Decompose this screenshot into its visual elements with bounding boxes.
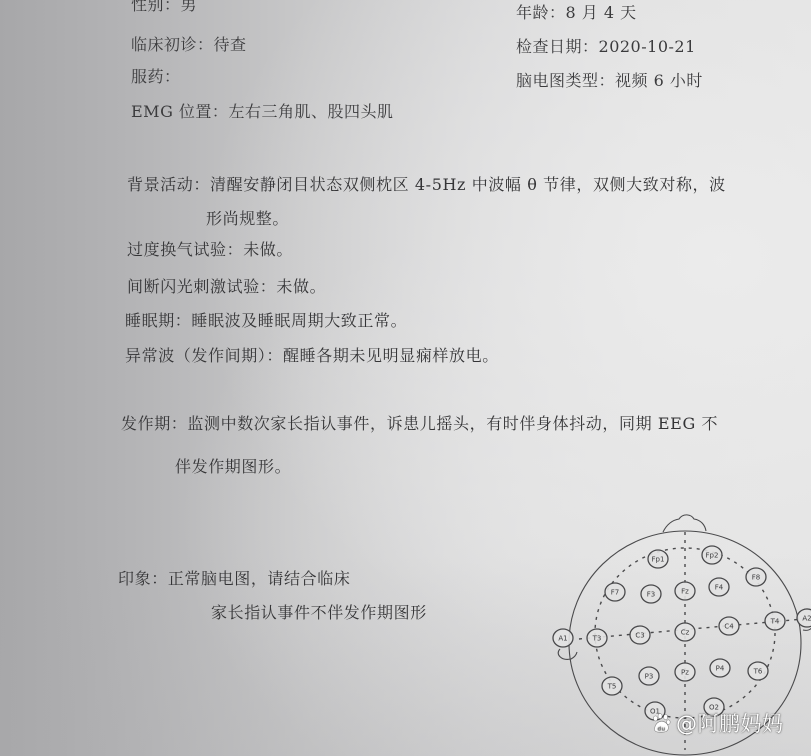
- field-eeg-type: 脑电图类型：视频 6 小时: [516, 68, 703, 91]
- finding-text: 清醒安静闭目状态双侧枕区 4-5Hz 中波幅 θ 节律，双侧大致对称，波: [210, 175, 726, 194]
- finding-hyperventilation: 过度换气试验：未做。: [127, 237, 293, 260]
- svg-text:du: du: [658, 726, 666, 732]
- finding-text: 睡眠波及睡眠周期大致正常。: [191, 311, 407, 330]
- finding-text: 醒睡各期未见明显痫样放电。: [283, 346, 499, 365]
- electrode-p4: P4: [710, 659, 730, 677]
- electrode-p3: P3: [639, 667, 659, 685]
- electrode-a1: A1: [553, 629, 573, 647]
- finding-text: 监测中数次家长指认事件，诉患儿摇头，有时伴身体抖动，同期 EEG 不: [187, 414, 718, 433]
- field-value: 2020-10-21: [599, 37, 696, 56]
- svg-text:A2: A2: [802, 615, 811, 623]
- field-label: EMG 位置：: [131, 102, 228, 121]
- finding-label: 发作期：: [121, 414, 187, 433]
- svg-text:Fp1: Fp1: [652, 556, 665, 564]
- field-label: 脑电图类型：: [516, 71, 615, 90]
- watermark: du @阿鹏妈妈: [650, 708, 784, 738]
- watermark-text: @阿鹏妈妈: [676, 708, 784, 738]
- svg-text:Fp2: Fp2: [706, 552, 719, 560]
- svg-text:T6: T6: [753, 668, 763, 676]
- electrode-pz: Pz: [675, 663, 695, 681]
- impression-text: 正常脑电图，请结合临床: [168, 569, 351, 588]
- impression-label: 印象：: [118, 569, 168, 588]
- field-value: 视频 6 小时: [615, 71, 703, 90]
- finding-text: 未做。: [243, 240, 293, 259]
- field-clinical-diagnosis: 临床初诊：待查: [131, 32, 247, 55]
- electrode-t5: T5: [602, 677, 622, 695]
- electrode-f7: F7: [605, 583, 625, 601]
- finding-ictal-period: 发作期：监测中数次家长指认事件，诉患儿摇头，有时伴身体抖动，同期 EEG 不: [121, 411, 718, 434]
- electrode-f4: F4: [709, 578, 729, 596]
- electrode-f3: F3: [641, 585, 661, 603]
- electrode-fp2: Fp2: [702, 546, 722, 564]
- field-value: 8 月 4 天: [566, 3, 637, 22]
- svg-text:P4: P4: [716, 665, 725, 673]
- finding-label: 过度换气试验：: [127, 240, 243, 259]
- svg-text:F7: F7: [611, 589, 619, 597]
- electrode-cz: Cz: [675, 623, 695, 641]
- electrode-t6: T6: [748, 662, 768, 680]
- electrode-t3: T3: [587, 629, 607, 647]
- svg-text:T5: T5: [607, 683, 617, 691]
- svg-text:Fz: Fz: [681, 588, 689, 596]
- electrode-fp1: Fp1: [648, 550, 668, 568]
- electrode-fz: Fz: [675, 582, 695, 600]
- impression-cont: 家长指认事件不伴发作期图形: [211, 600, 427, 623]
- field-label: 性别：: [131, 0, 181, 14]
- finding-background-activity-cont: 形尚规整。: [206, 206, 289, 229]
- impression: 印象：正常脑电图，请结合临床: [118, 566, 350, 589]
- finding-label: 间断闪光刺激试验：: [127, 277, 276, 296]
- svg-text:P3: P3: [645, 673, 654, 681]
- finding-background-activity: 背景活动：清醒安静闭目状态双侧枕区 4-5Hz 中波幅 θ 节律，双侧大致对称，…: [127, 172, 726, 195]
- baidu-paw-icon: du: [650, 712, 672, 734]
- svg-text:Cz: Cz: [681, 629, 690, 637]
- svg-text:Pz: Pz: [681, 669, 689, 677]
- svg-text:F3: F3: [647, 591, 655, 599]
- electrode-c3: C3: [630, 626, 650, 644]
- field-value: 左右三角肌、股四头肌: [228, 102, 393, 121]
- svg-text:F8: F8: [752, 574, 760, 582]
- svg-text:A1: A1: [558, 635, 567, 643]
- field-age: 年龄：8 月 4 天: [516, 0, 637, 23]
- field-exam-date: 检查日期：2020-10-21: [516, 34, 696, 57]
- finding-label: 睡眠期：: [125, 311, 191, 330]
- electrode-t4: T4: [765, 612, 785, 630]
- field-label: 服药：: [131, 67, 181, 86]
- finding-photic-stimulation: 间断闪光刺激试验：未做。: [127, 274, 326, 297]
- field-gender: 性别：男: [131, 0, 197, 15]
- field-medication: 服药：: [131, 64, 181, 87]
- finding-ictal-period-cont: 伴发作期图形。: [175, 454, 291, 477]
- svg-text:T3: T3: [592, 635, 602, 643]
- finding-sleep: 睡眠期：睡眠波及睡眠周期大致正常。: [125, 308, 407, 331]
- field-value: 待查: [214, 35, 247, 54]
- electrode-c4: C4: [719, 617, 739, 635]
- svg-text:T4: T4: [770, 618, 780, 626]
- finding-abnormal-waves: 异常波（发作间期）：醒睡各期未见明显痫样放电。: [125, 343, 499, 366]
- finding-label: 异常波（发作间期）：: [125, 346, 283, 365]
- svg-text:C3: C3: [635, 632, 644, 640]
- svg-text:F4: F4: [715, 584, 724, 592]
- svg-text:C4: C4: [724, 623, 734, 631]
- finding-label: 背景活动：: [127, 175, 210, 194]
- electrode-f8: F8: [746, 568, 766, 586]
- nose-icon: [663, 515, 706, 532]
- field-label: 检查日期：: [516, 37, 599, 56]
- field-label: 年龄：: [516, 3, 566, 22]
- field-value: 男: [181, 0, 198, 14]
- finding-text: 未做。: [276, 277, 326, 296]
- field-emg-position: EMG 位置：左右三角肌、股四头肌: [131, 99, 393, 122]
- field-label: 临床初诊：: [131, 35, 214, 54]
- electrode-a2: A2: [797, 609, 811, 627]
